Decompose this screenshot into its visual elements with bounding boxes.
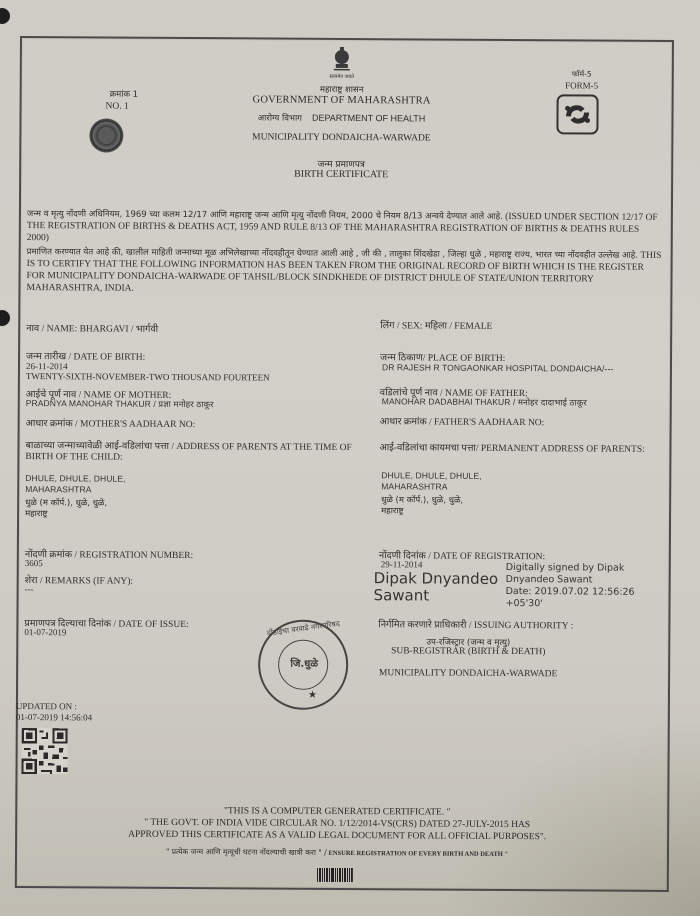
signature-meta-3: Date: 2019.07.02 12:56:26	[506, 586, 635, 599]
signature-meta-1: Digitally signed by Dipak	[506, 562, 635, 575]
issuing-authority-label: निर्गमित करणारे प्राधिकारी / ISSUING AUT…	[378, 617, 573, 631]
issuance-statement: जन्म व मृत्यु नोंदणी अधिनियम, 1969 च्या …	[27, 208, 663, 248]
address-at-birth-label: बाळाच्या जन्माच्यावेळी आई-वडिलांचा पत्ता…	[25, 441, 375, 465]
issue-date-value: 01-07-2019	[24, 627, 66, 637]
certification-statement: प्रमाणित करण्यात येत आहे की, खालील माहित…	[26, 246, 662, 298]
father-aadhaar-label: आधार क्रमांक / FATHER'S AADHAAR NO:	[380, 414, 545, 428]
registration-number-label: नोंदणी क्रमांक / REGISTRATION NUMBER:	[25, 547, 193, 561]
sex-field: लिंग / SEX: महिला / FEMALE	[380, 318, 492, 332]
name-value: BHARGAVI / भार्गवी	[80, 324, 159, 334]
department: आरोग्य विभाग DEPARTMENT OF HEALTH	[221, 107, 461, 126]
birth-registration-logo-icon	[556, 94, 598, 134]
issuance-statement-mr: जन्म व मृत्यु नोंदणी अधिनियम, 1969 च्या …	[27, 209, 503, 222]
certificate-title: BIRTH CERTIFICATE	[221, 168, 461, 180]
remarks-value: ---	[25, 584, 34, 594]
address-at-birth-mr: धुळे (म कॉर्प.), धुळे, धुळे, महाराष्ट्र	[25, 498, 107, 521]
permanent-address-en: DHULE, DHULE, DHULE, MAHARASHTRA	[381, 470, 481, 493]
father-value: MANOHAR DADABHAI THAKUR / मनोहर दादाभाई …	[382, 396, 587, 408]
registration-number-value: 3605	[25, 558, 43, 568]
slogan-en: ENSURE REGISTRATION OF EVERY BIRTH AND D…	[329, 850, 509, 858]
signature-meta-2: Dnyandeo Sawant	[506, 574, 635, 587]
remarks-label: शेरा / REMARKS (IF ANY):	[25, 573, 133, 587]
serial-label: NO. 1	[106, 102, 129, 112]
authority-title: SUB-REGISTRAR (BIRTH & DEATH)	[368, 646, 568, 657]
govt-name: GOVERNMENT OF MAHARASHTRA	[222, 94, 462, 106]
dept-mr: आरोग्य विभाग	[258, 113, 302, 123]
dob-words: TWENTY-SIXTH-NOVEMBER-TWO THOUSAND FOURT…	[26, 371, 270, 382]
slogan-mr: " प्रत्येक जन्म आणि मृत्यूची घटना नोंदल्…	[166, 847, 327, 857]
signer-name-line2: Sawant	[374, 587, 499, 605]
footer-notice: "THIS IS A COMPUTER GENERATED CERTIFICAT…	[97, 804, 577, 843]
barcode-icon	[317, 868, 353, 887]
sex-label: लिंग / SEX:	[380, 321, 422, 331]
mother-value: PRADNYA MANOHAR THAKUR / प्रज्ञा मनोहर ठ…	[26, 398, 214, 410]
signature-meta-4: +05'30'	[506, 598, 635, 611]
footer-line-3: APPROVED THIS CERTIFICATE AS A VALID LEG…	[97, 828, 577, 843]
form-number-mr: फॉर्म-5	[557, 69, 607, 79]
slogan: " प्रत्येक जन्म आणि मृत्यूची घटना नोंदल्…	[77, 846, 597, 859]
municipality-header: MUNICIPALITY DONDAICHA-WARWADE	[221, 132, 461, 143]
permanent-address-mr: धुळे (म कॉर्प.), धुळे, धुळे, महाराष्ट्र	[381, 495, 463, 518]
stamp-center-text: जि.धुळे	[278, 656, 330, 670]
dob-value: 26-11-2014	[26, 361, 68, 371]
qr-code-icon	[21, 728, 67, 779]
stamp-ring-text: दोंडाईचा वरवाडे नगरपरिषद	[264, 619, 343, 639]
punch-hole	[0, 8, 10, 24]
punch-hole	[0, 310, 10, 326]
address-at-birth-en: DHULE, DHULE, DHULE, MAHARASHTRA	[25, 473, 125, 496]
digital-signature: Dipak Dnyandeo Sawant	[374, 570, 499, 605]
signature-details: Digitally signed by Dipak Dnyandeo Sawan…	[506, 562, 635, 611]
updated-label: UPDATED ON :	[16, 701, 77, 711]
dept-en: DEPARTMENT OF HEALTH	[312, 113, 425, 124]
pob-value: DR RAJESH R TONGAONKAR HOSPITAL DONDAICH…	[382, 362, 613, 373]
name-field: नाव / NAME: BHARGAVI / भार्गवी	[26, 321, 158, 335]
certificate-frame: क्रमांक 1 NO. 1 सत्यमेव जयते महाराष्ट्र …	[15, 36, 674, 892]
municipal-seal-icon	[89, 118, 123, 152]
official-stamp: दोंडाईचा वरवाडे नगरपरिषद जि.धुळे ★	[258, 619, 349, 710]
star-icon: ★	[308, 690, 317, 701]
form-number: FORM-5	[557, 80, 607, 90]
authority-org: MUNICIPALITY DONDAICHA-WARWADE	[368, 668, 568, 679]
serial-label-mr: क्रमांक 1	[110, 89, 139, 100]
sex-value: महिला / FEMALE	[425, 321, 493, 331]
mother-aadhaar-label: आधार क्रमांक / MOTHER'S AADHAAR NO:	[26, 416, 196, 430]
registration-date-value: 29-11-2014	[381, 559, 423, 569]
permanent-address-label: आई-वडिलांचा कायमचा पत्ता/ PERMANENT ADDR…	[379, 440, 644, 455]
emblem-motto: सत्यमेव जयते	[292, 74, 392, 81]
updated-value: 01-07-2019 14:56:04	[16, 712, 92, 722]
name-label: नाव / NAME:	[26, 324, 77, 334]
signer-name-line1: Dipak Dnyandeo	[374, 570, 499, 588]
